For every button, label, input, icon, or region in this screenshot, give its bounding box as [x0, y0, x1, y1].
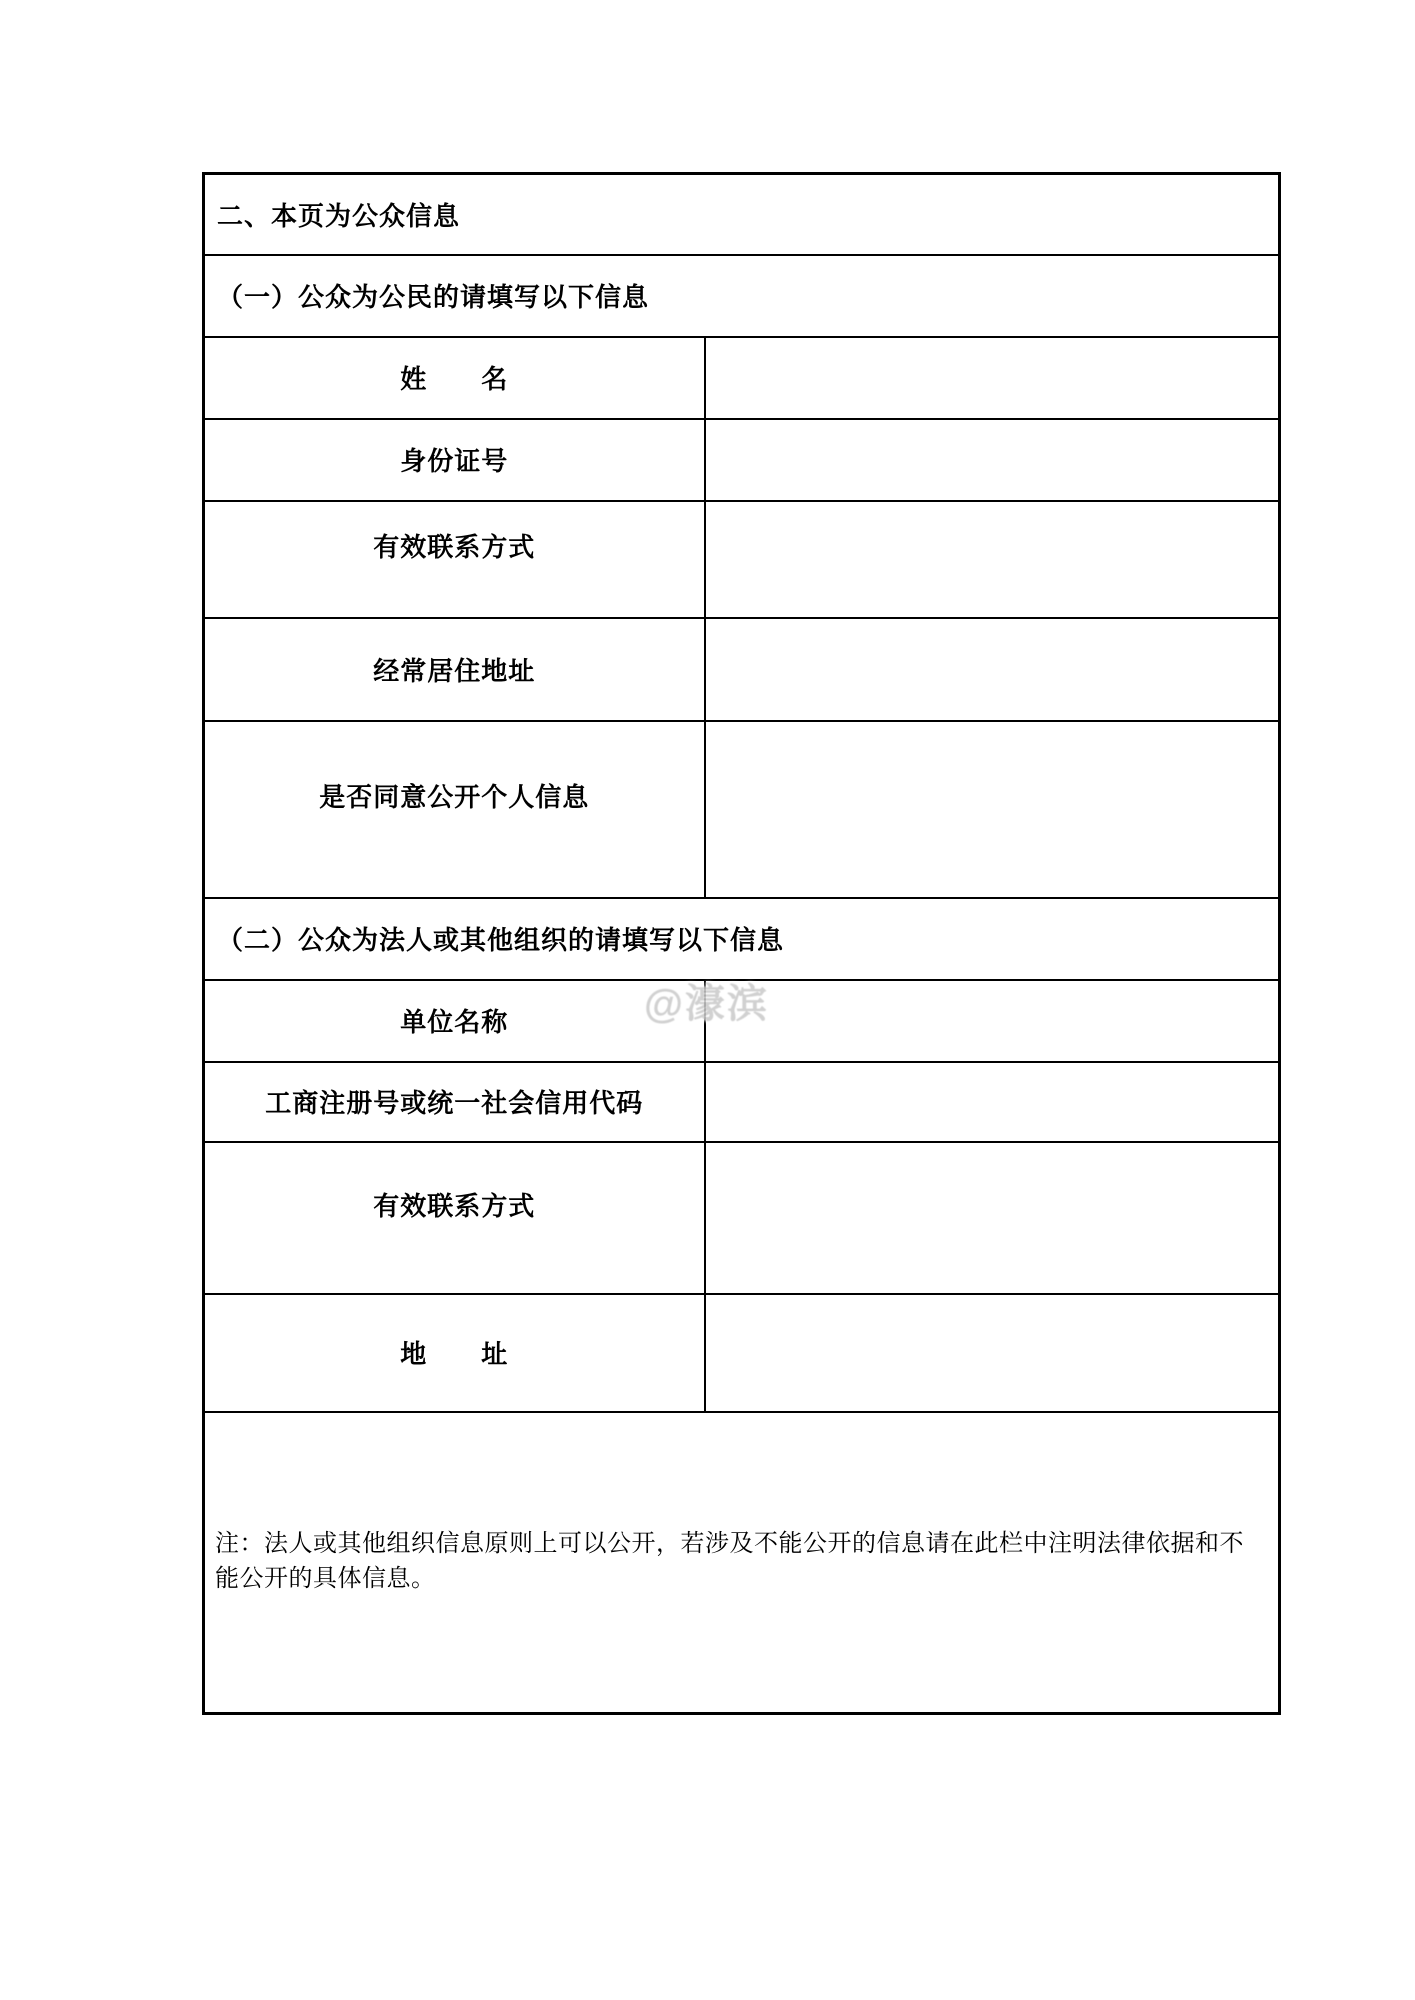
public-info-form-table: 二、本页为公众信息 （一）公众为公民的请填写以下信息 姓 名 身份证号 有效联系…	[202, 172, 1281, 1715]
credit-code-label: 工商注册号或统一社会信用代码	[204, 1062, 705, 1142]
org-name-label: 单位名称	[204, 980, 705, 1062]
table-row-name: 姓 名	[204, 337, 1280, 419]
id-number-value-cell	[705, 419, 1280, 501]
contact-org-value-cell	[705, 1142, 1280, 1294]
name-value-cell	[705, 337, 1280, 419]
note-row: 注：法人或其他组织信息原则上可以公开，若涉及不能公开的信息请在此栏中注明法律依据…	[204, 1412, 1280, 1714]
page-title: 二、本页为公众信息	[204, 174, 1280, 255]
contact-citizen-value-cell	[705, 501, 1280, 618]
id-number-label: 身份证号	[204, 419, 705, 501]
section1-header-row: （一）公众为公民的请填写以下信息	[204, 255, 1280, 337]
table-row-id-number: 身份证号	[204, 419, 1280, 501]
legal-note-line2: 能公开的具体信息。	[215, 1562, 1252, 1597]
consent-disclosure-value-cell	[705, 721, 1280, 898]
org-address-value-cell	[705, 1294, 1280, 1412]
name-label: 姓 名	[204, 337, 705, 419]
table-row-consent-disclosure: 是否同意公开个人信息	[204, 721, 1280, 898]
table-row-org-address: 地 址	[204, 1294, 1280, 1412]
legal-note-line1: 注：法人或其他组织信息原则上可以公开，若涉及不能公开的信息请在此栏中注明法律依据…	[215, 1527, 1252, 1562]
section2-header: （二）公众为法人或其他组织的请填写以下信息	[204, 898, 1280, 980]
consent-disclosure-label: 是否同意公开个人信息	[204, 721, 705, 898]
org-name-value-cell	[705, 980, 1280, 1062]
contact-org-label: 有效联系方式	[204, 1142, 705, 1294]
page-title-row: 二、本页为公众信息	[204, 174, 1280, 255]
legal-note: 注：法人或其他组织信息原则上可以公开，若涉及不能公开的信息请在此栏中注明法律依据…	[204, 1412, 1280, 1714]
table-row-residence-address: 经常居住地址	[204, 618, 1280, 721]
table-row-contact-org: 有效联系方式	[204, 1142, 1280, 1294]
credit-code-value-cell	[705, 1062, 1280, 1142]
table-row-contact-citizen: 有效联系方式	[204, 501, 1280, 618]
org-address-label: 地 址	[204, 1294, 705, 1412]
section2-header-row: （二）公众为法人或其他组织的请填写以下信息	[204, 898, 1280, 980]
residence-address-value-cell	[705, 618, 1280, 721]
residence-address-label: 经常居住地址	[204, 618, 705, 721]
table-row-credit-code: 工商注册号或统一社会信用代码	[204, 1062, 1280, 1142]
section1-header: （一）公众为公民的请填写以下信息	[204, 255, 1280, 337]
document-page: 二、本页为公众信息 （一）公众为公民的请填写以下信息 姓 名 身份证号 有效联系…	[0, 0, 1415, 2000]
contact-citizen-label: 有效联系方式	[204, 501, 705, 618]
table-row-org-name: 单位名称	[204, 980, 1280, 1062]
